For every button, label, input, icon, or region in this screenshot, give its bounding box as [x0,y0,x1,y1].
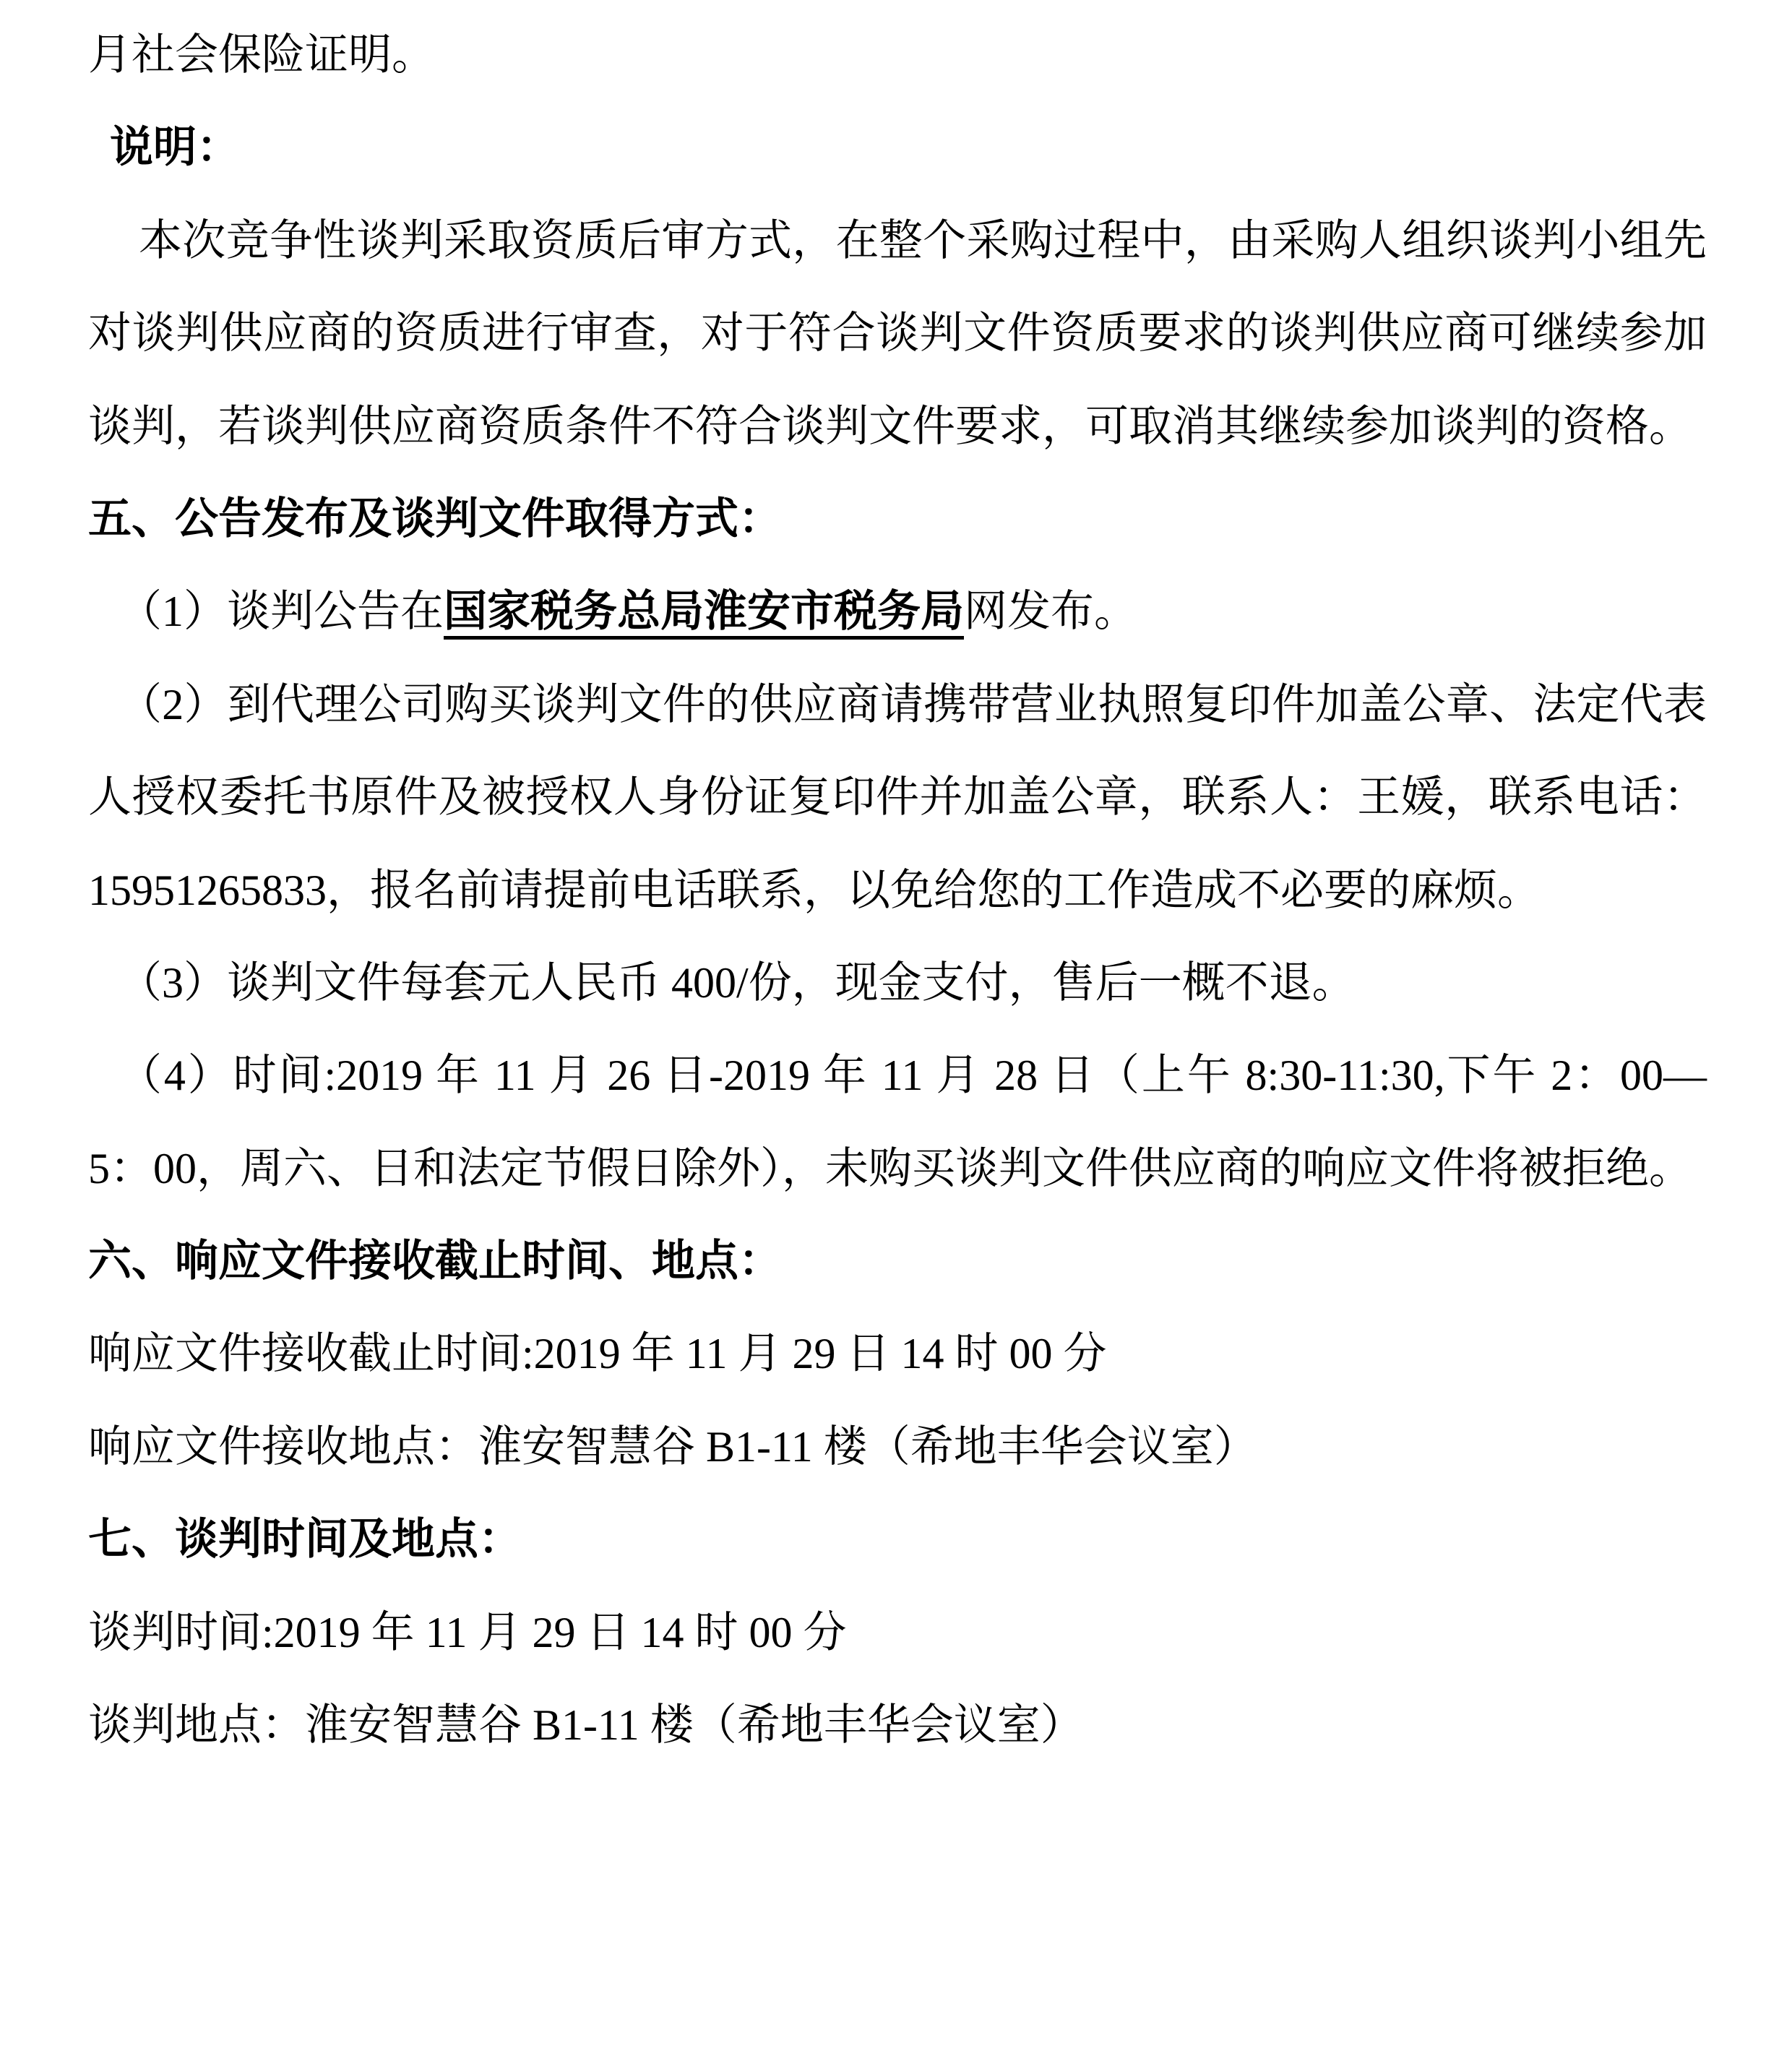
section7-heading: 七、谈判时间及地点： [88,1493,1707,1586]
response-location-line: 响应文件接收地点：淮安智慧谷 B1-11 楼（希地丰华会议室） [88,1401,1707,1493]
section5-item-1-prefix: （1）谈判公告在 [119,588,444,635]
intro-line: 月社会保险证明。 [88,9,1707,101]
negotiation-location-line: 谈判地点：淮安智慧谷 B1-11 楼（希地丰华会议室） [88,1679,1707,1771]
section5-item-4: （4）时间:2019 年 11 月 26 日-2019 年 11 月 28 日（… [88,1029,1707,1215]
document-page: 月社会保险证明。 说明： 本次竞争性谈判采取资质后审方式，在整个采购过程中，由采… [0,0,1792,2064]
section5-item-1-suffix: 网发布。 [964,588,1137,635]
section5-item-2: （2）到代理公司购买谈判文件的供应商请携带营业执照复印件加盖公章、法定代表人授权… [88,658,1707,937]
note-heading: 说明： [88,101,1707,194]
negotiation-time-line: 谈判时间:2019 年 11 月 29 日 14 时 00 分 [88,1586,1707,1679]
note-paragraph: 本次竞争性谈判采取资质后审方式，在整个采购过程中，由采购人组织谈判小组先对谈判供… [88,194,1707,473]
response-deadline-line: 响应文件接收截止时间:2019 年 11 月 29 日 14 时 00 分 [88,1307,1707,1400]
section5-heading: 五、公告发布及谈判文件取得方式： [88,473,1707,565]
tax-bureau-name: 国家税务总局淮安市税务局 [444,588,964,635]
section5-item-1: （1）谈判公告在国家税务总局淮安市税务局网发布。 [88,565,1707,658]
section5-item-3: （3）谈判文件每套元人民币 400/份，现金支付，售后一概不退。 [88,937,1707,1029]
section6-heading: 六、响应文件接收截止时间、地点： [88,1215,1707,1307]
